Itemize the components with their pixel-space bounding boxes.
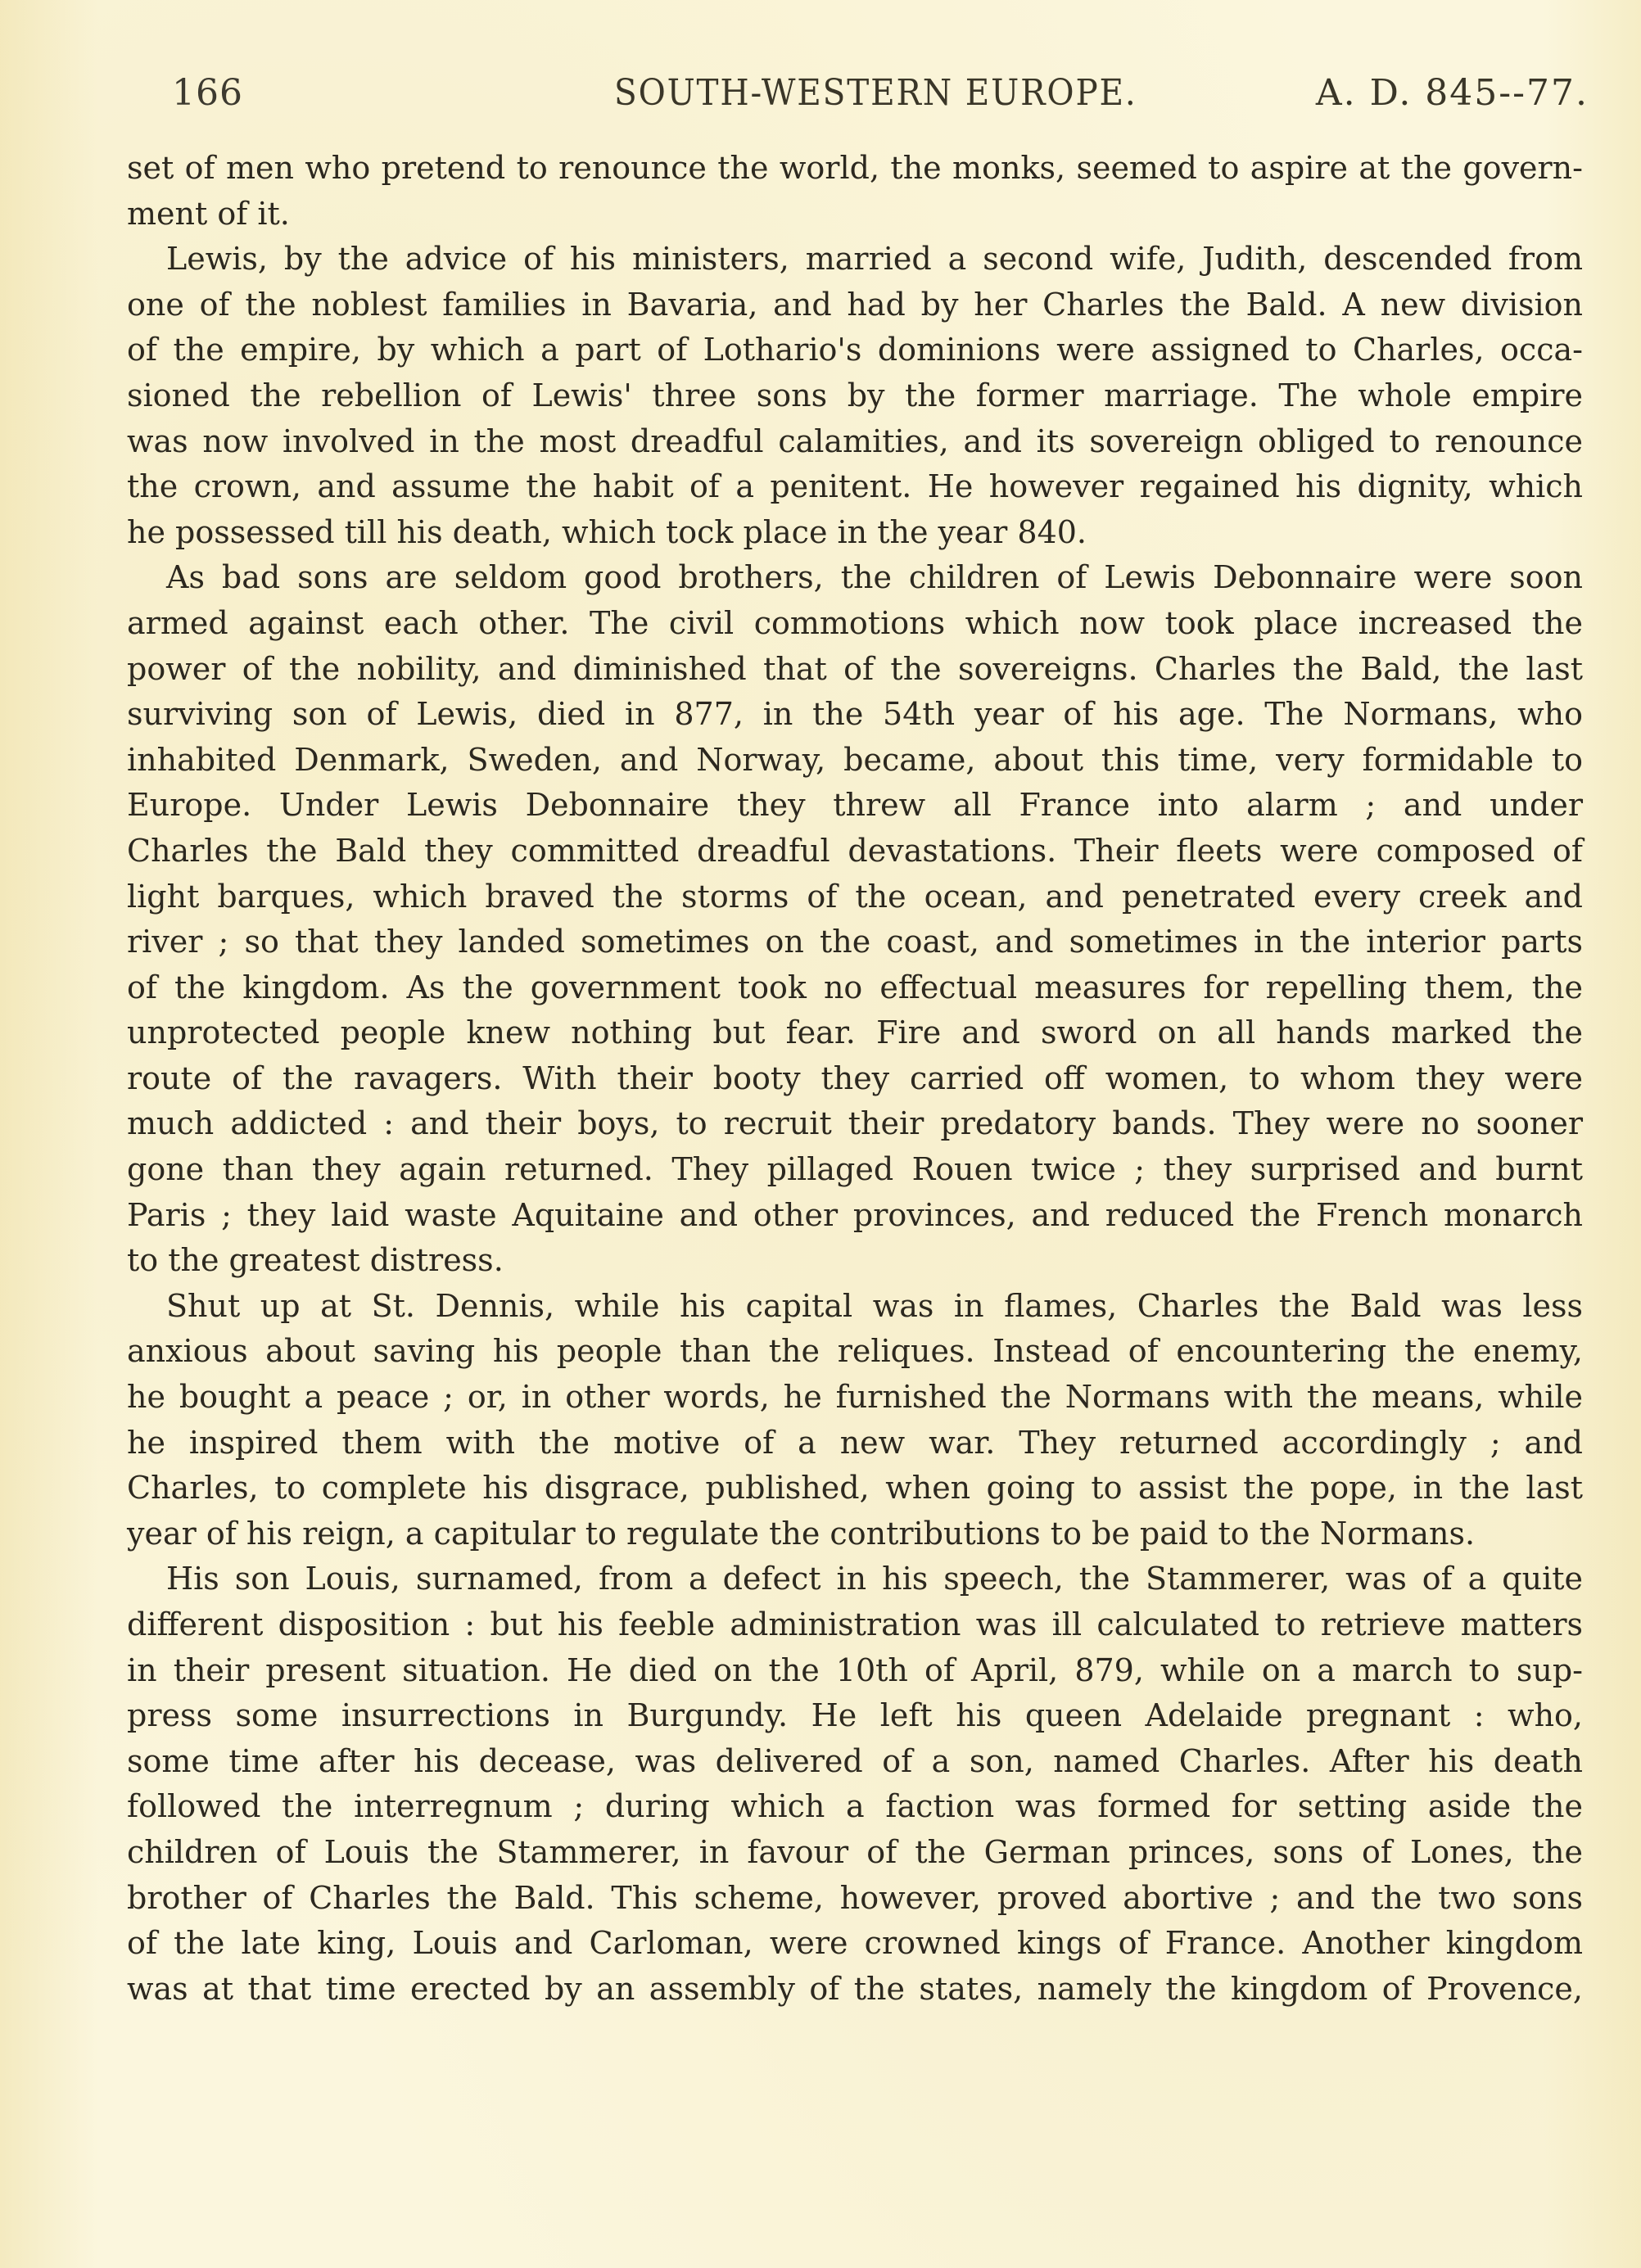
text-line: surviving son of Lewis, died in 877, in … (127, 692, 1583, 738)
paragraph-first-line: Shut up at St. Dennis, while his capital… (127, 1284, 1583, 1330)
text-line: the crown, and assume the habit of a pen… (127, 464, 1583, 510)
text-line: set of men who pretend to renounce the w… (127, 146, 1583, 192)
body-text: set of men who pretend to renounce the w… (127, 146, 1583, 2012)
text-line: unprotected people knew nothing but fear… (127, 1010, 1583, 1056)
text-line: sioned the rebellion of Lewis' three son… (127, 373, 1583, 419)
text-line: armed against each other. The civil comm… (127, 601, 1583, 647)
text-line: he possessed till his death, which tock … (127, 510, 1583, 556)
running-title: SOUTH-WESTERN EUROPE. (614, 72, 1137, 114)
text-line: to the greatest distress. (127, 1238, 1583, 1284)
text-line: Charles the Bald they committed dreadful… (127, 829, 1583, 874)
book-page: 166 SOUTH-WESTERN EUROPE. A. D. 845--77.… (0, 0, 1641, 2268)
text-line: press some insurrections in Burgundy. He… (127, 1693, 1583, 1739)
text-line: some time after his decease, was deliver… (127, 1739, 1583, 1785)
paragraph-first-line: His son Louis, surnamed, from a defect i… (127, 1556, 1583, 1602)
text-line: followed the interregnum ; during which … (127, 1784, 1583, 1830)
text-line: children of Louis the Stammerer, in favo… (127, 1830, 1583, 1876)
paragraph-first-line: Lewis, by the advice of his ministers, m… (127, 237, 1583, 282)
text-line: brother of Charles the Bald. This scheme… (127, 1876, 1583, 1922)
text-line: anxious about saving his people than the… (127, 1329, 1583, 1375)
text-line: Charles, to complete his disgrace, publi… (127, 1466, 1583, 1511)
text-line: different disposition : but his feeble a… (127, 1602, 1583, 1648)
text-line: river ; so that they landed sometimes on… (127, 919, 1583, 965)
text-line: light barques, which braved the storms o… (127, 874, 1583, 920)
text-line: gone than they again returned. They pill… (127, 1147, 1583, 1193)
text-line: route of the ravagers. With their booty … (127, 1056, 1583, 1102)
text-line: he inspired them with the motive of a ne… (127, 1421, 1583, 1466)
text-line: inhabited Denmark, Sweden, and Norway, b… (127, 738, 1583, 784)
page-number: 166 (172, 72, 243, 114)
text-line: ment of it. (127, 192, 1583, 237)
text-line: in their present situation. He died on t… (127, 1648, 1583, 1694)
running-head: 166 SOUTH-WESTERN EUROPE. A. D. 845--77. (172, 72, 1589, 121)
text-line: Europe. Under Lewis Debonnaire they thre… (127, 783, 1583, 829)
text-line: of the empire, by which a part of Lothar… (127, 328, 1583, 373)
text-line: one of the noblest families in Bavaria, … (127, 282, 1583, 328)
text-line: was now involved in the most dreadful ca… (127, 419, 1583, 465)
text-line: of the late king, Louis and Carloman, we… (127, 1921, 1583, 1967)
text-line: power of the nobility, and diminished th… (127, 647, 1583, 693)
text-line: was at that time erected by an assembly … (127, 1967, 1583, 2013)
text-line: Paris ; they laid waste Aquitaine and ot… (127, 1193, 1583, 1239)
date-range: A. D. 845--77. (1316, 72, 1589, 114)
text-line: of the kingdom. As the government took n… (127, 965, 1583, 1011)
text-line: year of his reign, a capitular to regula… (127, 1511, 1583, 1557)
text-line: he bought a peace ; or, in other words, … (127, 1375, 1583, 1421)
text-line: much addicted : and their boys, to recru… (127, 1101, 1583, 1147)
paragraph-first-line: As bad sons are seldom good brothers, th… (127, 555, 1583, 601)
